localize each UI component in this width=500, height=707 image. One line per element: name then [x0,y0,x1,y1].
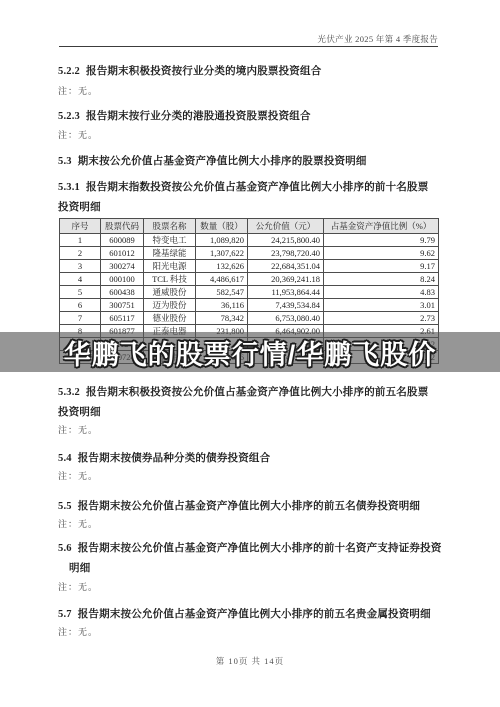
cell-nav-pct: 2.73 [324,312,439,325]
cell-name: 德业股份 [144,312,196,325]
section-number: 5.7 [58,609,72,620]
section-number: 5.4 [58,453,72,464]
col-header-code: 股票代码 [101,219,144,234]
cell-name: 通威股份 [144,286,196,299]
cell-quantity: 78,342 [196,312,248,325]
section-number: 5.2.3 [58,111,80,122]
cell-quantity: 1,307,622 [196,247,248,260]
cell-nav-pct: 9.62 [324,247,439,260]
table-row: 2 601012 隆基绿能 1,307,622 23,798,720.40 9.… [60,247,439,260]
table-row: 5 600438 通威股份 582,547 11,953,864.44 4.83 [60,286,439,299]
section-number: 5.3.2 [58,387,80,398]
cell-quantity: 582,547 [196,286,248,299]
cell-fair-value: 24,215,800.40 [248,234,324,247]
watermark-text: 华鹏飞的股票行情/华鹏飞股价 [64,333,437,372]
cell-nav-pct: 9.79 [324,234,439,247]
section-note-5-2-2: 注：无。 [58,84,438,97]
cell-code: 600438 [101,286,144,299]
section-title: 报告期末积极投资按公允价值占基金资产净值比例大小排序的前五名股票投资明细 [58,387,428,418]
cell-seq: 1 [60,234,101,247]
header-divider [59,46,438,47]
cell-nav-pct: 8.24 [324,273,439,286]
cell-seq: 3 [60,260,101,273]
section-heading-5-3: 5.3期末按公允价值占基金资产净值比例大小排序的股票投资明细 [58,152,438,172]
cell-fair-value: 7,439,534.84 [248,299,324,312]
section-number: 5.3 [58,156,72,167]
section-note-5-4: 注：无。 [58,469,438,482]
section-number: 5.5 [58,501,72,512]
table-row: 7 605117 德业股份 78,342 6,753,080.40 2.73 [60,312,439,325]
cell-quantity: 1,089,820 [196,234,248,247]
cell-code: 300274 [101,260,144,273]
section-note-5-2-3: 注：无。 [58,128,438,141]
cell-nav-pct: 4.83 [324,286,439,299]
table-header-row: 序号 股票代码 股票名称 数量（股） 公允价值（元） 占基金资产净值比例（%） [60,219,439,234]
cell-name: TCL 科技 [144,273,196,286]
section-heading-5-2-2: 5.2.2报告期末积极投资按行业分类的境内股票投资组合 [58,62,438,82]
col-header-seq: 序号 [60,219,101,234]
section-note-5-7: 注：无。 [58,625,438,638]
section-title: 期末按公允价值占基金资产净值比例大小排序的股票投资明细 [78,156,367,167]
section-heading-5-2-3: 5.2.3报告期末按行业分类的港股通投资股票投资组合 [58,107,438,127]
cell-name: 迈为股份 [144,299,196,312]
section-title: 报告期末指数投资按公允价值占基金资产净值比例大小排序的前十名股票投资明细 [58,182,428,213]
section-title: 报告期末按公允价值占基金资产净值比例大小排序的前五名贵金属投资明细 [78,609,431,620]
cell-name: 阳光电源 [144,260,196,273]
col-header-quantity: 数量（股） [196,219,248,234]
section-title: 报告期末按公允价值占基金资产净值比例大小排序的前五名债券投资明细 [78,501,420,512]
cell-seq: 5 [60,286,101,299]
section-heading-5-5: 5.5报告期末按公允价值占基金资产净值比例大小排序的前五名债券投资明细 [58,497,438,517]
cell-fair-value: 11,953,864.44 [248,286,324,299]
cell-quantity: 132,626 [196,260,248,273]
table-row: 1 600089 特变电工 1,089,820 24,215,800.40 9.… [60,234,439,247]
cell-seq: 7 [60,312,101,325]
cell-fair-value: 22,684,351.04 [248,260,324,273]
cell-quantity: 4,486,617 [196,273,248,286]
section-title: 报告期末按行业分类的港股通投资股票投资组合 [86,111,311,122]
section-note-5-6: 注：无。 [58,580,438,593]
cell-nav-pct: 9.17 [324,260,439,273]
cell-seq: 4 [60,273,101,286]
page-footer: 第 10页 共 14页 [0,655,500,667]
cell-fair-value: 23,798,720.40 [248,247,324,260]
cell-code: 000100 [101,273,144,286]
section-number: 5.2.2 [58,66,80,77]
cell-code: 300751 [101,299,144,312]
report-page: 光伏产业 2025 年第 4 季度报告 5.2.2报告期末积极投资按行业分类的境… [0,0,500,707]
section-heading-5-7: 5.7报告期末按公允价值占基金资产净值比例大小排序的前五名贵金属投资明细 [58,605,438,625]
section-number: 5.6 [58,543,72,554]
cell-name: 隆基绿能 [144,247,196,260]
section-number: 5.3.1 [58,182,80,193]
section-heading-5-3-2: 5.3.2报告期末积极投资按公允价值占基金资产净值比例大小排序的前五名股票投资明… [58,383,438,423]
section-heading-5-3-1: 5.3.1报告期末指数投资按公允价值占基金资产净值比例大小排序的前十名股票投资明… [58,178,438,218]
section-heading-5-6: 5.6报告期末按公允价值占基金资产净值比例大小排序的前十名资产支持证券投资明细 [58,539,449,579]
table-row: 3 300274 阳光电源 132,626 22,684,351.04 9.17 [60,260,439,273]
cell-fair-value: 6,753,080.40 [248,312,324,325]
col-header-nav-pct: 占基金资产净值比例（%） [324,219,439,234]
section-note-5-3-2: 注：无。 [58,423,438,436]
watermark-band: 华鹏飞的股票行情/华鹏飞股价 [0,332,500,372]
cell-quantity: 36,116 [196,299,248,312]
cell-nav-pct: 3.01 [324,299,439,312]
report-header-title: 光伏产业 2025 年第 4 季度报告 [318,33,438,45]
section-title: 报告期末按公允价值占基金资产净值比例大小排序的前十名资产支持证券投资明细 [69,543,442,574]
cell-code: 605117 [101,312,144,325]
cell-name: 特变电工 [144,234,196,247]
cell-seq: 2 [60,247,101,260]
table-row: 6 300751 迈为股份 36,116 7,439,534.84 3.01 [60,299,439,312]
section-title: 报告期末积极投资按行业分类的境内股票投资组合 [86,66,321,77]
cell-fair-value: 20,369,241.18 [248,273,324,286]
section-heading-5-4: 5.4报告期末按债券品种分类的债券投资组合 [58,449,438,469]
table-row: 4 000100 TCL 科技 4,486,617 20,369,241.18 … [60,273,439,286]
section-title: 报告期末按债券品种分类的债券投资组合 [78,453,271,464]
col-header-name: 股票名称 [144,219,196,234]
cell-code: 601012 [101,247,144,260]
col-header-fair-value: 公允价值（元） [248,219,324,234]
cell-code: 600089 [101,234,144,247]
cell-seq: 6 [60,299,101,312]
section-note-5-5: 注：无。 [58,517,438,530]
